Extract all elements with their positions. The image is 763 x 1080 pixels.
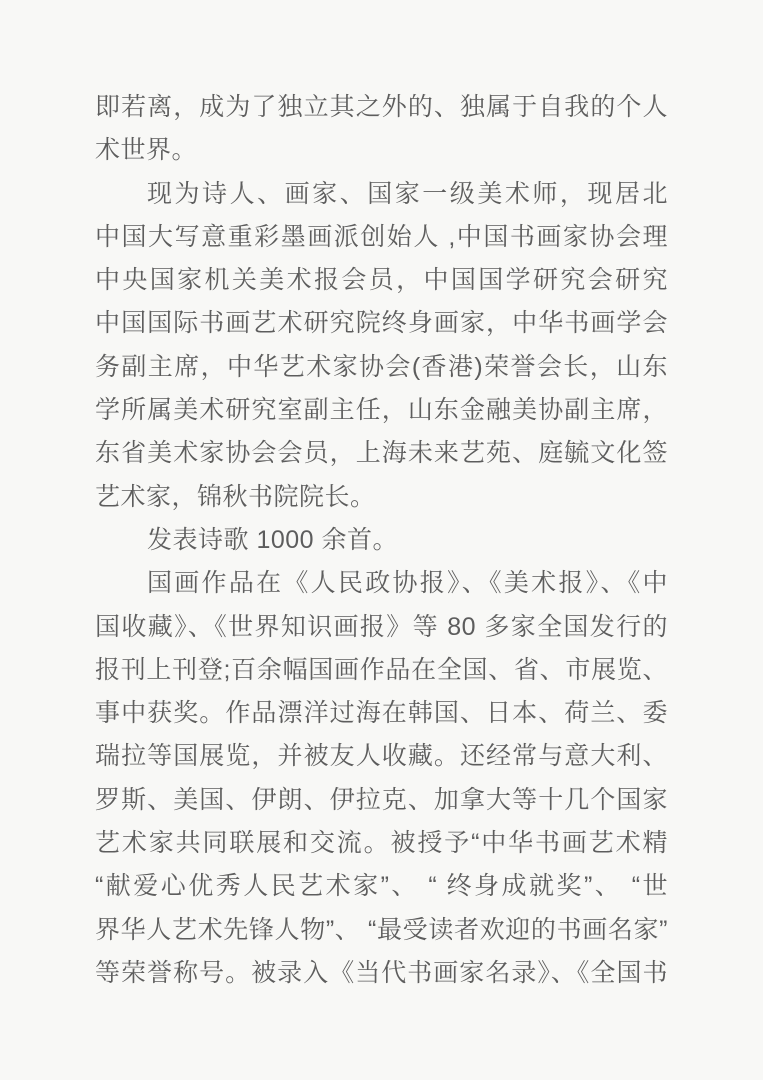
text-line: 等荣誉称号。被录入《当代书画家名录》、《全国书 [95, 952, 668, 995]
text-line: 务副主席，中华艺术家协会(香港)荣誉会长，山东大 [95, 346, 668, 389]
text-line: 学所属美术研究室副主任，山东金融美协副主席，山 [95, 389, 668, 432]
text-line: 艺术家共同联展和交流。被授予“中华书画艺术精英”、 [95, 822, 668, 865]
text-line: 发表诗歌 1000 余首。 [95, 519, 668, 562]
text-line: 即若离，成为了独立其之外的、独属于自我的个人艺 [95, 86, 668, 129]
paragraph: 现为诗人、画家、国家一级美术师，现居北京。中国大写意重彩墨画派创始人 ,中国书画… [95, 173, 668, 519]
document-page: 即若离，成为了独立其之外的、独属于自我的个人艺术世界。现为诗人、画家、国家一级美… [0, 0, 763, 1080]
paragraph: 发表诗歌 1000 余首。 [95, 519, 668, 562]
text-line: 罗斯、美国、伊朗、伊拉克、加拿大等十几个国家的 [95, 779, 668, 822]
paragraph: 国画作品在《人民政协报》、《美术报》、《中国收藏》、《世界知识画报》等 80 多… [95, 562, 668, 995]
text-line: 界华人艺术先锋人物”、 “最受读者欢迎的书画名家” [95, 909, 668, 952]
text-line: 现为诗人、画家、国家一级美术师，现居北京。 [95, 173, 668, 216]
text-line: “献爱心优秀人民艺术家”、 “ 终身成就奖”、 “世 [95, 865, 668, 908]
text-line: 国收藏》、《世界知识画报》等 80 多家全国发行的 [95, 606, 668, 649]
text-line: 中央国家机关美术报会员，中国国学研究会研究员， [95, 259, 668, 302]
text-line: 中国大写意重彩墨画派创始人 ,中国书画家协会理事， [95, 216, 668, 259]
text-line: 国画作品在《人民政协报》、《美术报》、《中 [95, 562, 668, 605]
text-line: 中国国际书画艺术研究院终身画家，中华书画学会常 [95, 302, 668, 345]
text-line: 艺术家，锦秋书院院长。 [95, 476, 668, 519]
text-block: 即若离，成为了独立其之外的、独属于自我的个人艺术世界。现为诗人、画家、国家一级美… [95, 86, 668, 995]
paragraph: 即若离，成为了独立其之外的、独属于自我的个人艺术世界。 [95, 86, 668, 173]
text-line: 东省美术家协会会员，上海未来艺苑、庭毓文化签约 [95, 432, 668, 475]
text-line: 事中获奖。作品漂洋过海在韩国、日本、荷兰、委内 [95, 692, 668, 735]
text-line: 术世界。 [95, 129, 668, 172]
text-line: 报刊上刊登;百余幅国画作品在全国、省、市展览、赛 [95, 649, 668, 692]
text-line: 瑞拉等国展览，并被友人收藏。还经常与意大利、俄 [95, 735, 668, 778]
